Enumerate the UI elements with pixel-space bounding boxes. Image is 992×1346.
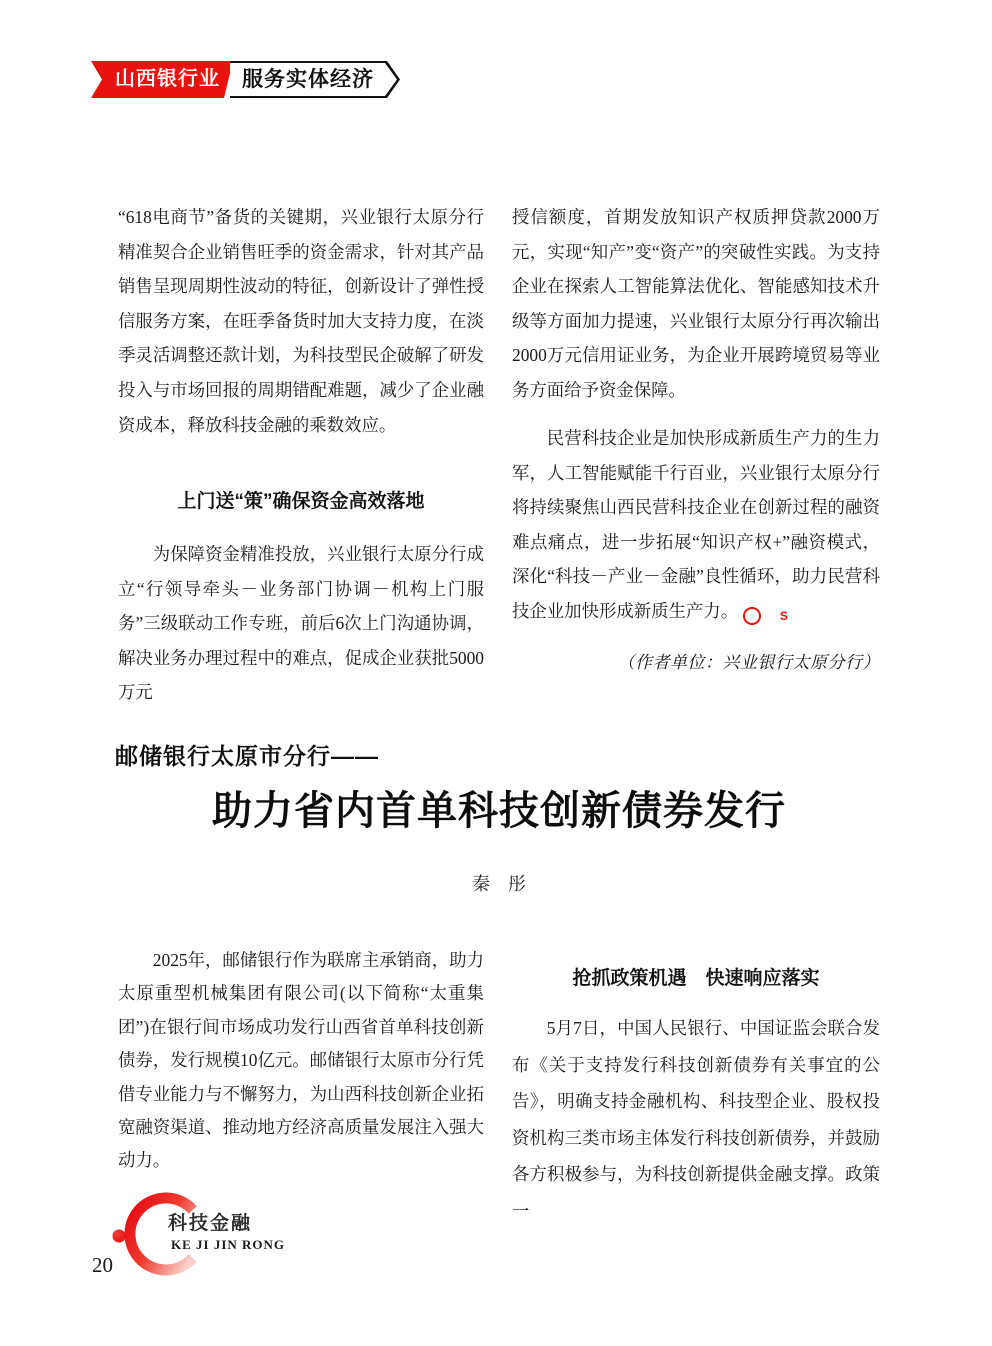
article1-left-paragraph-1: “618电商节”备货的关键期，兴业银行太原分行精准契合企业销售旺季的资金需求，针… [118,200,484,442]
article1-right-paragraph-2-text: 民营科技企业是加快形成新质生产力的生力军，人工智能赋能千行百业，兴业银行太原分行… [512,428,880,621]
article2-author: 秦 彤 [118,870,880,896]
page-number: 20 [92,1253,113,1278]
magazine-page: 山西银行业 服务实体经济 “618电商节”备货的关键期，兴业银行太原分行精准契合… [0,0,992,1346]
article1-right-paragraph-1: 授信额度，首期发放知识产权质押贷款2000万元，实现“知产”变“资产”的突破性实… [512,200,880,408]
article2-title: 助力省内首单科技创新债券发行 [118,779,880,836]
badge-region-label: 山西银行业 [91,61,233,98]
article1-left-paragraph-2: 为保障资金精准投放，兴业银行太原分行成立“行领导牵头－业务部门协调－机构上门服务… [118,537,484,710]
article2-kicker: 邮储银行太原市分行—— [115,738,379,771]
article1-author-note: （作者单位：兴业银行太原分行） [512,648,880,673]
article1-subheading: 上门送“策”确保资金高效落地 [118,486,484,513]
article-end-icon: S [743,607,761,625]
journal-name-en: KE JI JIN RONG [171,1237,285,1253]
logo-dot-icon [113,1230,126,1243]
badge-series-segment: 服务实体经济 [230,61,400,98]
journal-name-cn: 科技金融 [168,1208,252,1235]
badge-series-label: 服务实体经济 [230,61,400,98]
article1-right-paragraph-2: 民营科技企业是加快形成新质生产力的生力军，人工智能赋能千行百业，兴业银行太原分行… [512,421,880,629]
article2-subheading: 抢抓政策机遇 快速响应落实 [512,963,880,990]
article2-right-paragraph-1: 5月7日，中国人民银行、中国证监会联合发布《关于支持发行科技创新债券有关事宜的公… [512,1010,880,1230]
header-ribbon-badge: 山西银行业 服务实体经济 [91,61,400,98]
article2-left-paragraph-1: 2025年，邮储银行作为联席主承销商，助力太原重型机械集团有限公司(以下简称“太… [118,944,484,1178]
